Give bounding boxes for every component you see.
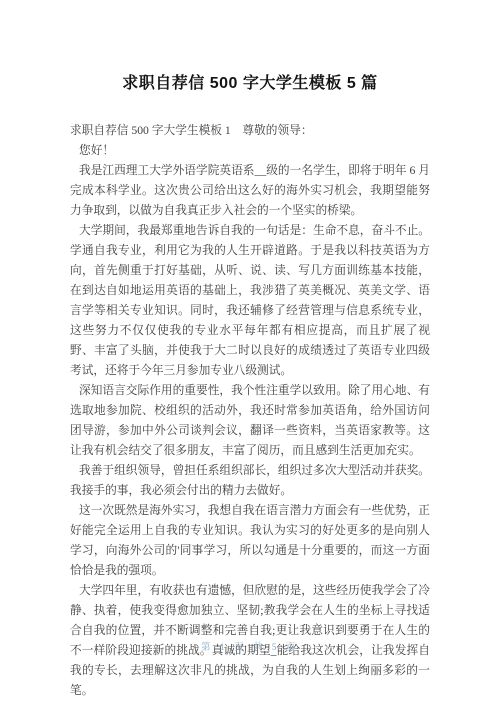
paragraph-internship: 这一次既然是海外实习，我想自我在语言潜力方面会有一些优势，正好能完全运用上自我的… bbox=[70, 501, 430, 581]
paragraph-leadership: 我善于组织领导，曾担任系组织部长，组织过多次大型活动并获奖。我接手的事，我必须会… bbox=[70, 461, 430, 501]
paragraph-practice: 深知语言交际作用的重要性，我个性注重学以致用。除了用心地、有选取地参加院、校组织… bbox=[70, 381, 430, 461]
paragraph-salutation: 求职自荐信 500 字大学生模板 1 尊敬的领导： bbox=[70, 121, 430, 141]
document-body: 求职自荐信 500 字大学生模板 1 尊敬的领导： 您好！ 我是江西理工大学外语… bbox=[70, 121, 430, 701]
paragraph-intro: 我是江西理工大学外语学院英语系__级的一名学生，即将于明年 6 月完成本科学业。… bbox=[70, 161, 430, 221]
page-number-indicator: 第 1 页 共 5 页 bbox=[0, 639, 500, 653]
paragraph-greeting: 您好！ bbox=[70, 141, 430, 161]
document-page: 求职自荐信 500 字大学生模板 5 篇 求职自荐信 500 字大学生模板 1 … bbox=[0, 0, 500, 707]
page-title: 求职自荐信 500 字大学生模板 5 篇 bbox=[0, 70, 500, 93]
paragraph-study: 大学期间，我最郑重地告诉自我的一句话是：生命不息，奋斗不止。学通自我专业，利用它… bbox=[70, 221, 430, 381]
